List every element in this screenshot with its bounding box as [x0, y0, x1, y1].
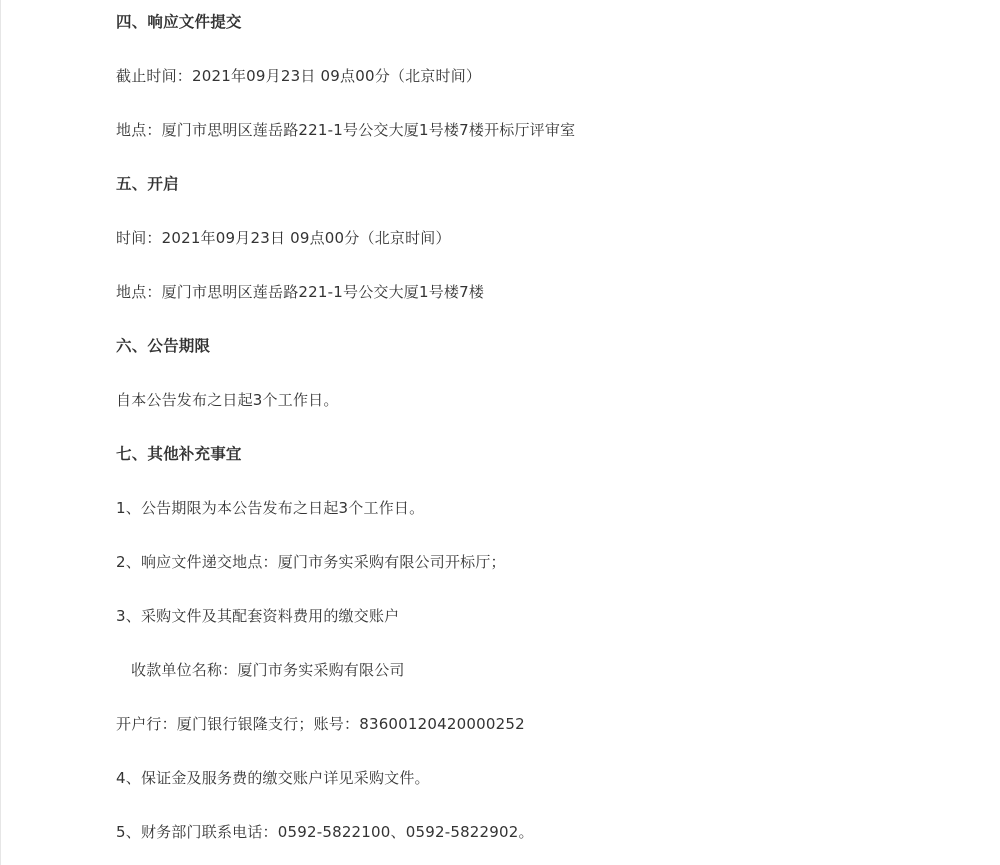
page-left-border — [0, 0, 1, 865]
opening-time: 时间：2021年09月23日 09点00分（北京时间） — [116, 226, 451, 250]
other-item-4: 4、保证金及服务费的缴交账户详见采购文件。 — [116, 766, 430, 790]
submission-deadline: 截止时间：2021年09月23日 09点00分（北京时间） — [116, 64, 481, 88]
opening-location: 地点：厦门市思明区莲岳路221-1号公交大厦1号楼7楼 — [116, 280, 484, 304]
submission-location: 地点：厦门市思明区莲岳路221-1号公交大厦1号楼7楼开标厅评审室 — [116, 118, 575, 142]
section-heading-opening: 五、开启 — [116, 172, 179, 196]
section-heading-other-matters: 七、其他补充事宜 — [116, 442, 242, 466]
bank-account: 开户行：厦门银行银隆支行；账号：83600120420000252 — [116, 712, 525, 736]
payee-name: 收款单位名称：厦门市务实采购有限公司 — [116, 658, 405, 682]
other-item-5: 5、财务部门联系电话：0592-5822100、0592-5822902。 — [116, 820, 534, 844]
section-heading-notice-period: 六、公告期限 — [116, 334, 210, 358]
notice-period-text: 自本公告发布之日起3个工作日。 — [116, 388, 339, 412]
other-item-1: 1、公告期限为本公告发布之日起3个工作日。 — [116, 496, 424, 520]
section-heading-submission: 四、响应文件提交 — [116, 10, 242, 34]
other-item-3: 3、采购文件及其配套资料费用的缴交账户 — [116, 604, 399, 628]
other-item-2: 2、响应文件递交地点：厦门市务实采购有限公司开标厅； — [116, 550, 506, 574]
